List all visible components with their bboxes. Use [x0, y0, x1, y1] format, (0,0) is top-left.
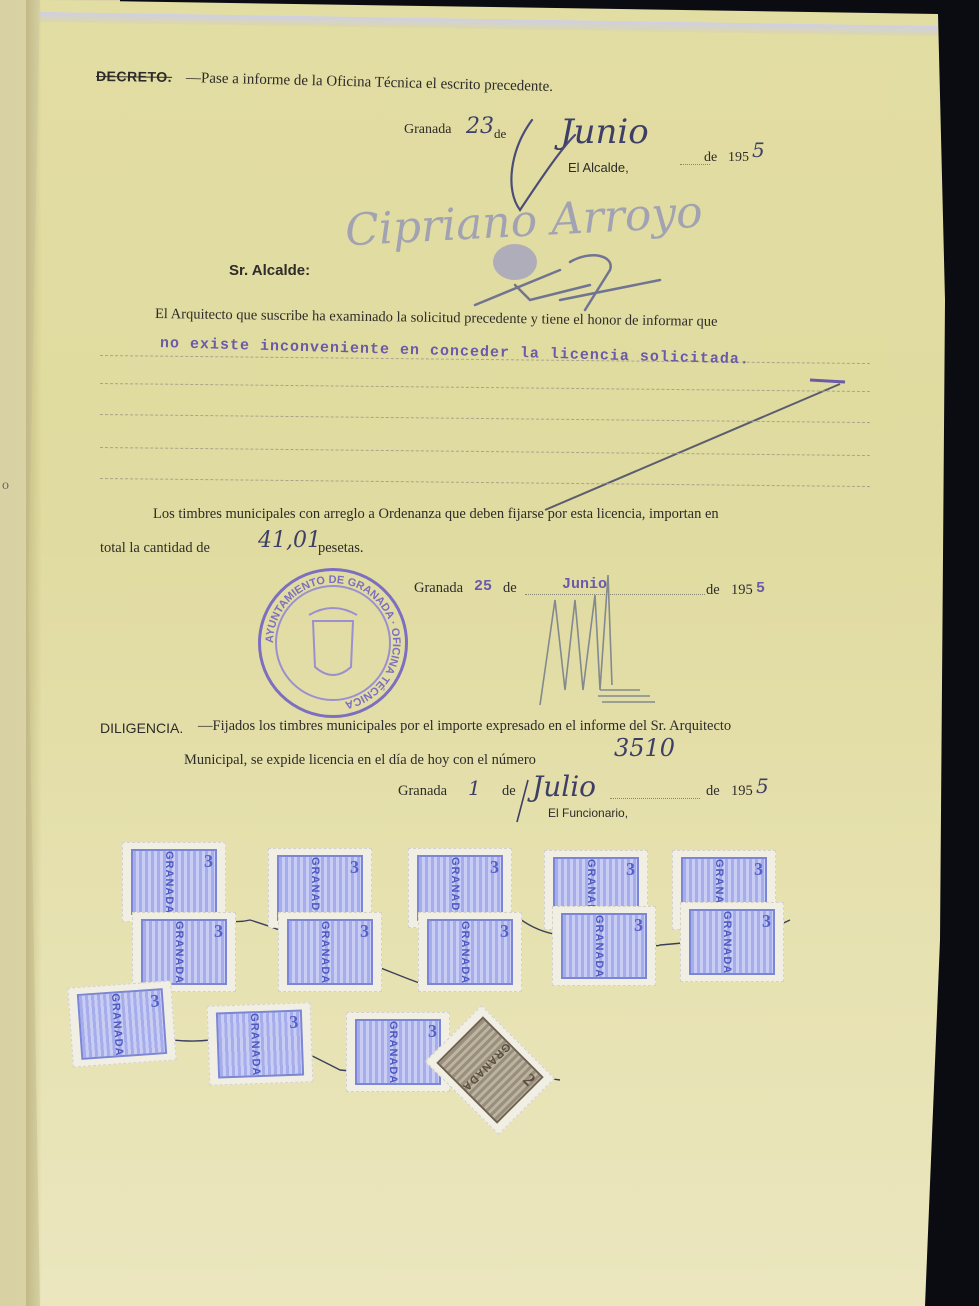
fiscal-stamp-blue: 3GRANADA [418, 912, 522, 992]
timbres-line-2-suffix: pesetas. [318, 540, 364, 557]
dotted-line [610, 798, 700, 799]
svg-text:AYUNTAMIENTO DE GRANADA · OFIC: AYUNTAMIENTO DE GRANADA · OFICINA TÉCNIC… [264, 574, 402, 711]
informe-month: Junio [562, 576, 607, 593]
informe-de-1: de [503, 580, 517, 597]
fiscal-stamp-blue: 3GRANADA [122, 842, 226, 922]
fiscal-stamp-blue: 3GRANADA [680, 902, 784, 982]
informe-de-2: de [706, 582, 720, 599]
fiscal-stamp-blue: 3GRANADA [207, 1002, 314, 1086]
stamp-city-text: GRANADA [721, 911, 733, 974]
stamp-city-text: GRANADA [387, 1021, 399, 1084]
timbres-amount: 41,01 [258, 528, 321, 553]
fiscal-stamp-blue: 3GRANADA [278, 912, 382, 992]
stamp-city-text: GRANADA [449, 857, 461, 920]
diligencia-text-1: —Fijados los timbres municipales por el … [198, 718, 731, 735]
stamp-value: 3 [428, 1021, 437, 1042]
stamp-city-text: GRANADA [248, 1013, 262, 1077]
license-number: 3510 [614, 734, 675, 762]
salutation: Sr. Alcalde: [229, 262, 310, 279]
stamp-value: 3 [626, 859, 635, 880]
fiscal-stamp-blue: 3GRANADA [132, 912, 236, 992]
seal-emblem: AYUNTAMIENTO DE GRANADA · OFICINA TÉCNIC… [261, 571, 405, 715]
informe-year-suffix: 5 [756, 580, 765, 597]
stamp-value: 3 [214, 921, 223, 942]
stamp-city-text: GRANADA [173, 921, 185, 984]
diligencia-place: Granada [398, 783, 447, 800]
diligencia-de-1: de [502, 783, 516, 800]
stamp-city-text: GRANADA [319, 921, 331, 984]
stamp-city-text: GRANADA [593, 915, 605, 978]
diligencia-text-2: Municipal, se expide licencia en el día … [184, 752, 536, 769]
diligencia-month: Julio [532, 770, 596, 803]
diligencia-label: DILIGENCIA. [100, 720, 183, 736]
diligencia-de-2: de [706, 783, 720, 800]
dotted-line [525, 594, 705, 595]
stamp-value: 3 [634, 915, 643, 936]
informe-year-prefix: 195 [731, 582, 753, 599]
stamp-value: 3 [289, 1012, 299, 1033]
seal-text: AYUNTAMIENTO DE GRANADA · OFICINA TÉCNIC… [264, 574, 402, 711]
stamp-value: 3 [762, 911, 771, 932]
timbres-line-2-prefix: total la cantidad de [100, 540, 210, 557]
municipal-seal: AYUNTAMIENTO DE GRANADA · OFICINA TÉCNIC… [258, 568, 408, 718]
stamp-value: 3 [204, 851, 213, 872]
fiscal-stamp-blue: 3GRANADA [552, 906, 656, 986]
stamp-value: 3 [360, 921, 369, 942]
diligencia-year-suffix: 5 [756, 774, 769, 798]
stamp-value: 3 [350, 857, 359, 878]
diligencia-signer-title: El Funcionario, [548, 806, 628, 820]
diligencia-year-prefix: 195 [731, 783, 753, 800]
stamp-city-text: GRANADA [459, 921, 471, 984]
stamp-city-text: GRANADA [309, 857, 321, 920]
stamp-value: 3 [490, 857, 499, 878]
stamp-city-text: GRANADA [163, 851, 175, 914]
informe-place: Granada [414, 580, 463, 597]
stamp-value: 3 [754, 859, 763, 880]
stamp-value: 3 [150, 990, 160, 1012]
stamp-value: 3 [500, 921, 509, 942]
diligencia-day: 1 [468, 776, 481, 800]
timbres-line-1: Los timbres municipales con arreglo a Or… [153, 506, 719, 523]
informe-day: 25 [474, 578, 492, 595]
fiscal-stamp-blue: 3GRANADA [67, 980, 176, 1067]
